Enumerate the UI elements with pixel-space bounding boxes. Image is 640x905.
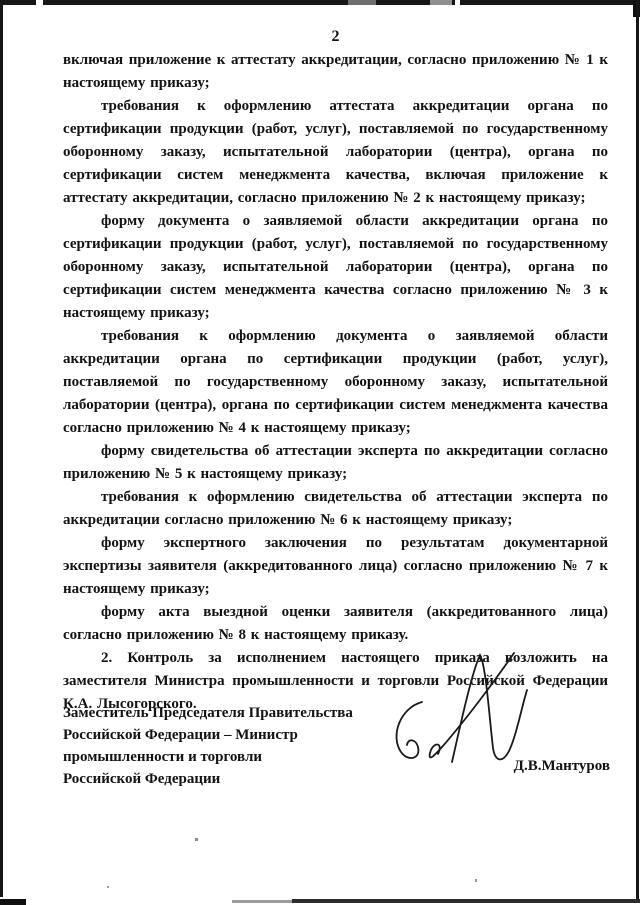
signatory-title-line: промышленности и торговли (63, 746, 403, 768)
scan-edge-bottom (232, 900, 292, 903)
scan-edge-bottom (292, 899, 640, 903)
scan-speck (107, 886, 109, 888)
document-body: включая приложение к аттестату аккредита… (63, 49, 608, 716)
signatory-title-line: Заместитель Председателя Правительства (63, 702, 403, 724)
page-number: 2 (63, 28, 608, 46)
document-page: 2 включая приложение к аттестату аккреди… (0, 0, 640, 905)
scan-speck (195, 838, 198, 841)
order-paragraph: требования к оформлению аттестата аккред… (63, 95, 608, 210)
scan-edge-top (0, 0, 640, 5)
order-paragraph: форму акта выездной оценки заявителя (ак… (63, 601, 608, 647)
scan-edge-notch (36, 0, 43, 5)
order-paragraph: требования к оформлению свидетельства об… (63, 486, 608, 532)
order-paragraph: требования к оформлению документа о заяв… (63, 325, 608, 440)
scan-edge-notch (348, 0, 376, 5)
signatory-title-line: Российской Федерации (63, 768, 403, 790)
scan-edge-notch (430, 0, 452, 5)
scan-edge-bottom (0, 899, 26, 905)
signatory-title-line: Российской Федерации – Министр (63, 724, 403, 746)
scan-edge-notch (455, 0, 460, 5)
order-paragraph: включая приложение к аттестату аккредита… (63, 49, 608, 95)
signer-name: Д.В.Мантуров (495, 758, 610, 775)
order-paragraph: форму экспертного заключения по результа… (63, 532, 608, 601)
scan-speck (475, 879, 477, 882)
scan-edge-left (0, 0, 3, 897)
order-paragraph: форму документа о заявляемой области акк… (63, 210, 608, 325)
signatory-title: Заместитель Председателя Правительства Р… (63, 702, 403, 790)
scan-edge-right (636, 0, 639, 903)
order-paragraph: форму свидетельства об аттестации экспер… (63, 440, 608, 486)
